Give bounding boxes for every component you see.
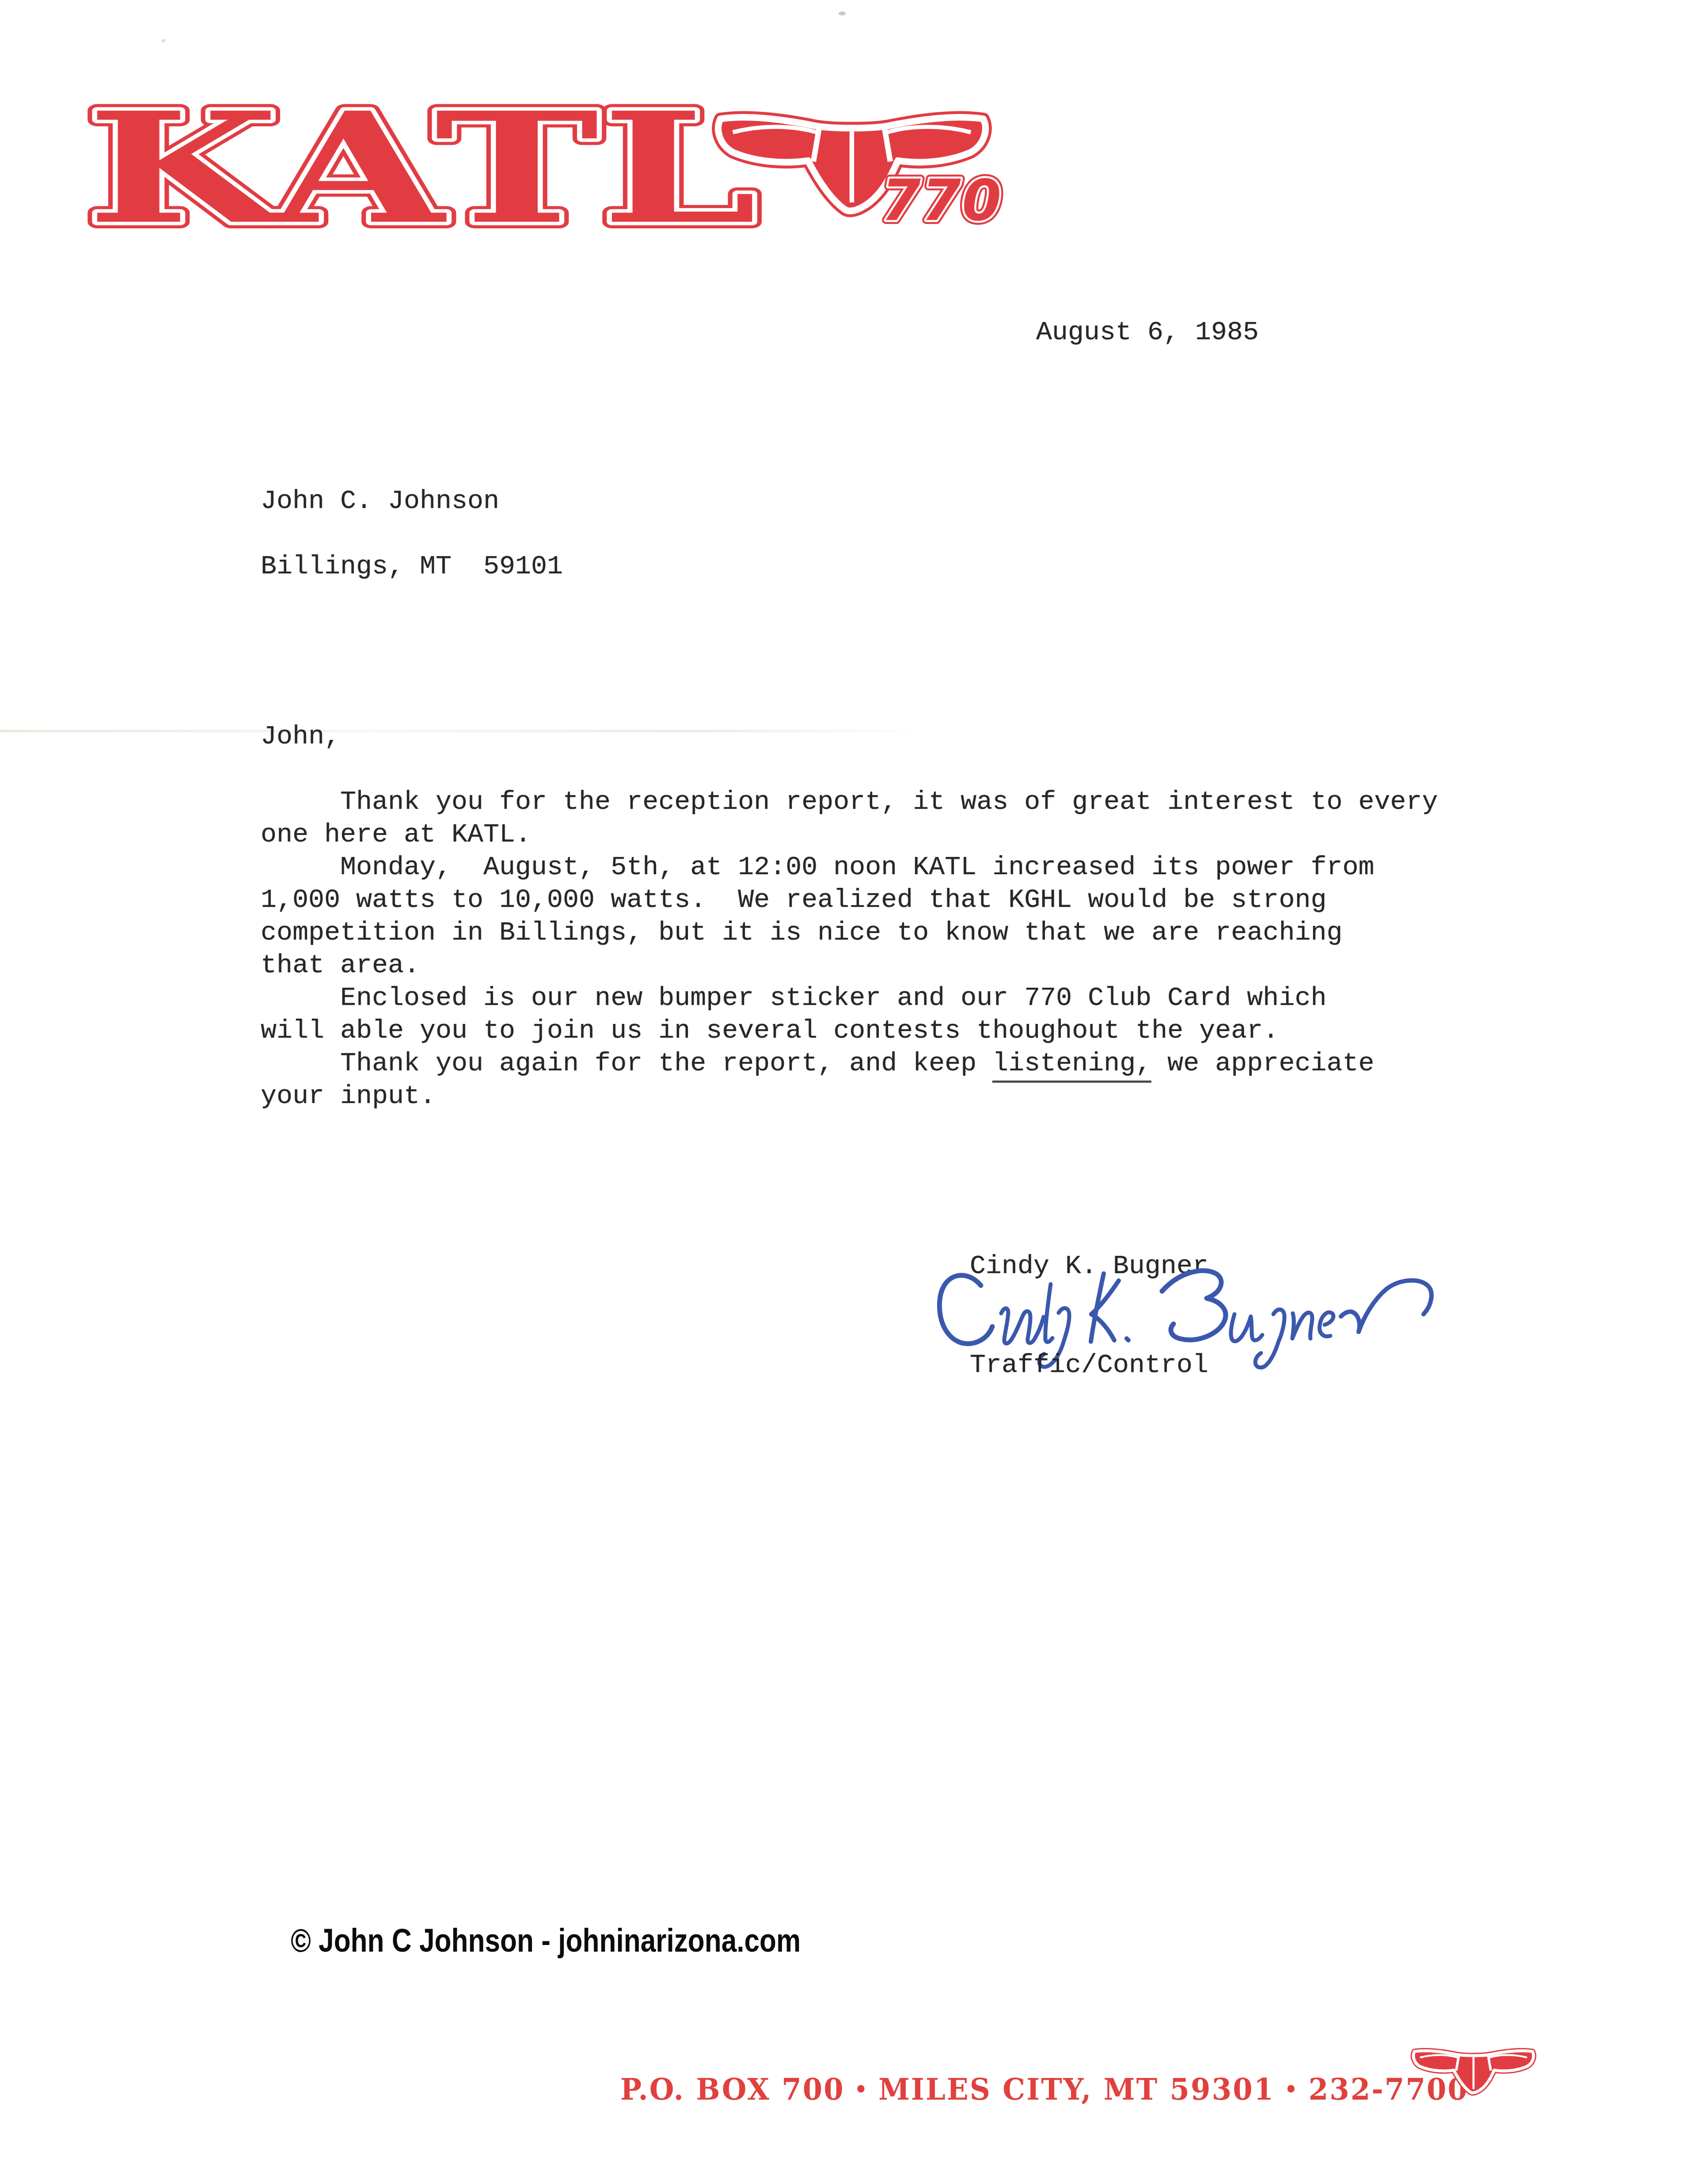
bullet-separator-icon: • xyxy=(1275,2078,1308,2102)
watermark-caption: © John C Johnson - johninarizona.com xyxy=(291,1922,801,1959)
frequency-770: 770 770 770 xyxy=(881,168,1002,234)
longhorn-icon xyxy=(1405,2044,1542,2101)
footer-address-line: P.O. BOX 700•MILES CITY, MT 59301•232-77… xyxy=(620,2073,1469,2107)
recipient-name: John C. Johnson xyxy=(261,485,499,518)
recipient-city-line: Billings, MT 59101 xyxy=(261,550,563,583)
bullet-separator-icon: • xyxy=(845,2078,878,2102)
footer-city-state-zip: MILES CITY, MT 59301 xyxy=(878,2073,1275,2107)
svg-text:KATL: KATL xyxy=(87,79,759,258)
svg-text:770: 770 xyxy=(881,168,1002,234)
letter-page: KATL KATL KATL 770 770 770 August 6, 198… xyxy=(0,0,1686,2184)
letter-date: August 6, 1985 xyxy=(1036,316,1259,349)
station-call-letters: KATL KATL KATL xyxy=(87,79,759,258)
footer-pobox: P.O. BOX 700 xyxy=(620,2073,845,2107)
letterhead: KATL KATL KATL 770 770 770 xyxy=(82,106,1027,247)
letter-body: John, Thank you for the reception report… xyxy=(261,720,1438,1113)
scan-speck xyxy=(162,39,165,42)
scan-speck xyxy=(839,11,846,15)
signature-title: Traffic/Control xyxy=(970,1349,1208,1382)
underline-mark xyxy=(992,1081,1151,1083)
katl-logo: KATL KATL KATL 770 770 770 xyxy=(82,106,1027,247)
